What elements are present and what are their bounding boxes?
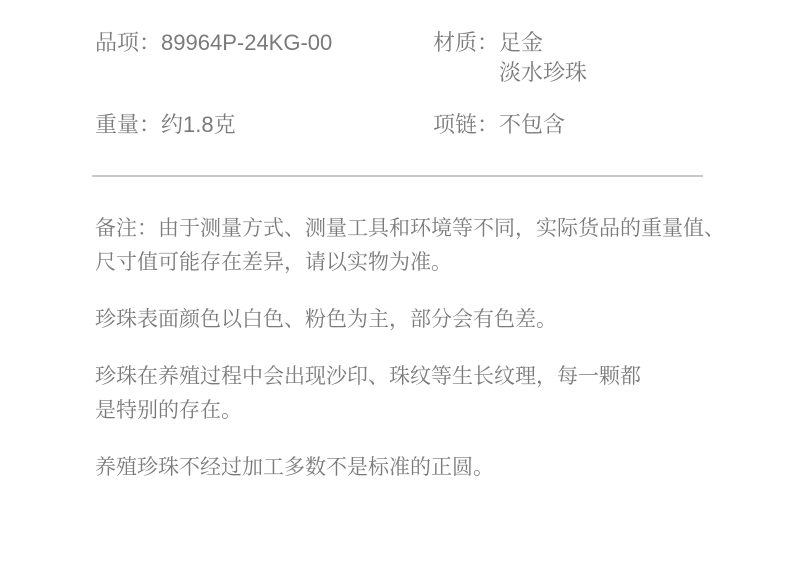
note-paragraph-color: 珍珠表面颜色以白色、粉色为主，部分会有色差。 (95, 303, 725, 337)
colon-separator: ： (139, 28, 161, 58)
colon-separator: ： (477, 110, 499, 140)
weight-value: 约1.8克 (161, 110, 236, 140)
spec-item-weight: 重量：约1.8克 (95, 110, 236, 140)
colon-separator: ： (477, 28, 499, 58)
spec-item-product-code: 品项：89964P-24KG-00 (95, 28, 332, 58)
note-paragraph-remark: 备注：由于测量方式、测量工具和环境等不同，实际货品的重量值、 尺寸值可能存在差异… (95, 212, 725, 280)
spec-item-material: 材质：足金 淡水珍珠 (433, 28, 587, 88)
colon-separator: ： (139, 110, 161, 140)
note-paragraph-texture: 珍珠在养殖过程中会出现沙印、珠纹等生长纹理，每一颗都 是特别的存在。 (95, 360, 725, 428)
notes-section: 备注：由于测量方式、测量工具和环境等不同，实际货品的重量值、 尺寸值可能存在差异… (95, 212, 725, 508)
necklace-value: 不包含 (499, 110, 565, 140)
spec-row-2: 重量：约1.8克 项链：不包含 (95, 110, 790, 170)
necklace-label: 项链 (433, 110, 477, 140)
product-spec-panel: 品项：89964P-24KG-00 材质：足金 淡水珍珠 重量：约1.8克 项链… (0, 0, 790, 567)
section-divider (92, 175, 703, 177)
spec-item-necklace: 项链：不包含 (433, 110, 565, 140)
note-paragraph-shape: 养殖珍珠不经过加工多数不是标准的正圆。 (95, 451, 725, 485)
material-label: 材质 (433, 28, 477, 58)
spec-row-1: 品项：89964P-24KG-00 材质：足金 淡水珍珠 (95, 28, 790, 88)
material-value: 足金 淡水珍珠 (499, 28, 587, 88)
weight-label: 重量 (95, 110, 139, 140)
product-code-label: 品项 (95, 28, 139, 58)
product-code-value: 89964P-24KG-00 (161, 28, 332, 58)
